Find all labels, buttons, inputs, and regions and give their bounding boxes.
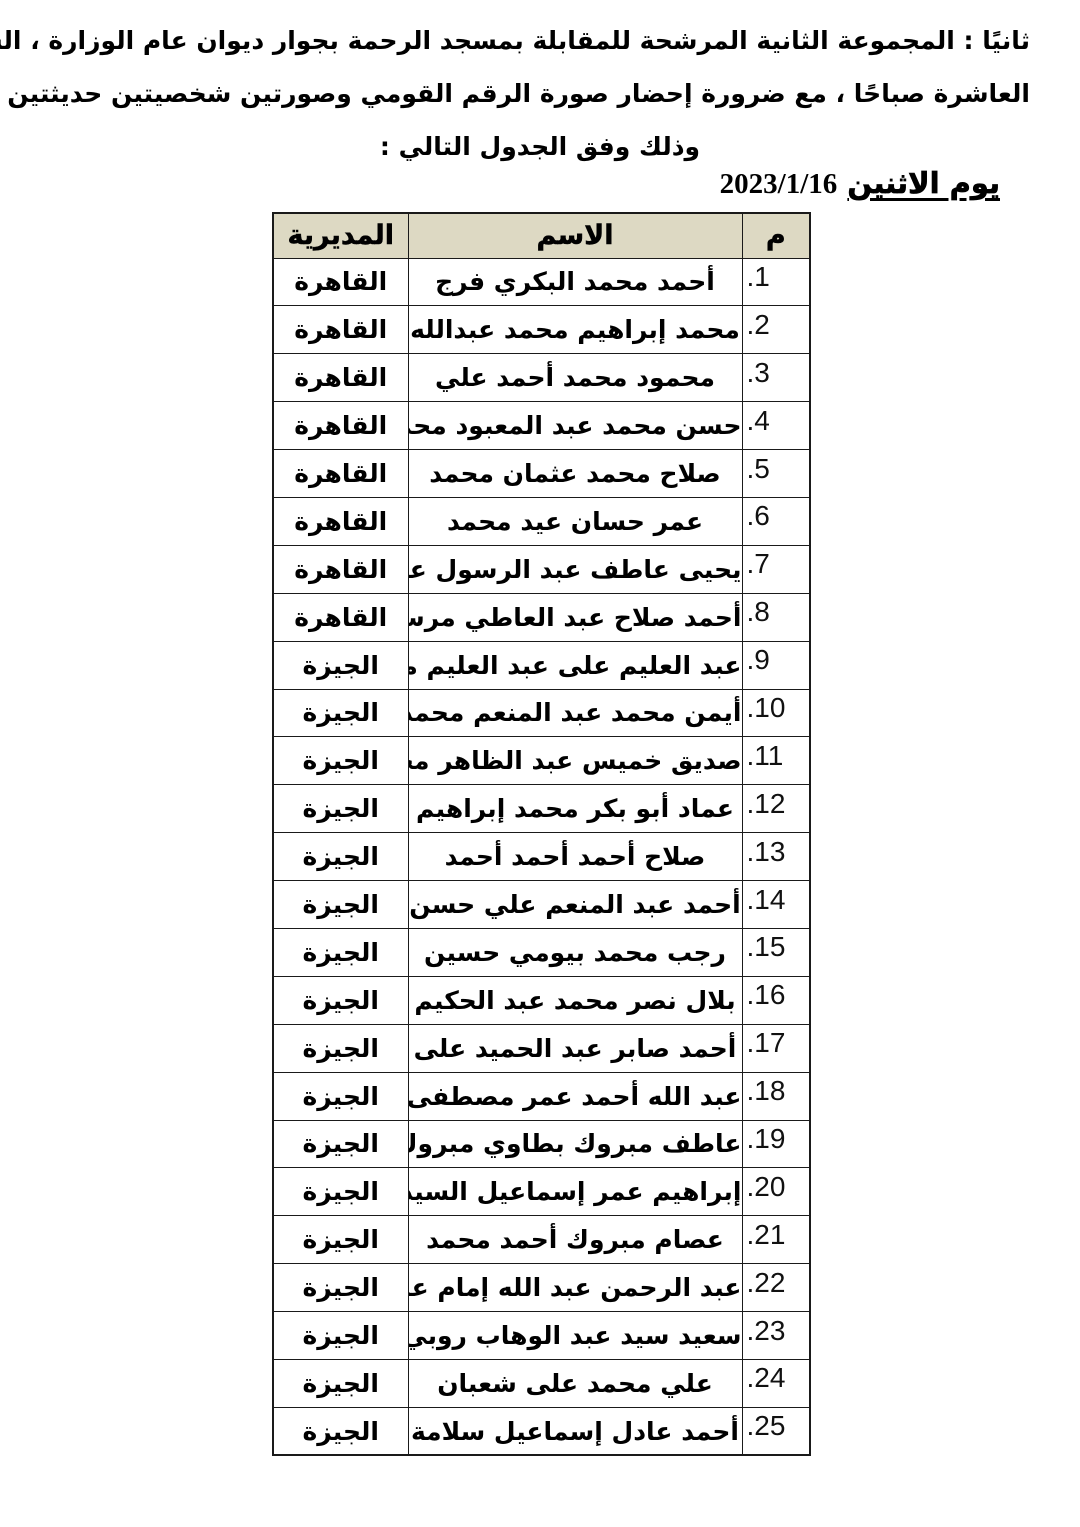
- table-row: .25 أحمد عادل إسماعيل سلامة الجيزة: [273, 1407, 810, 1455]
- table-row: .24 علي محمد على شعبان الجيزة: [273, 1359, 810, 1407]
- row-number: .4: [742, 402, 810, 450]
- table-header-row: م الاسم المديرية: [273, 213, 810, 258]
- intro-line-1: ثانيًا : المجموعة الثانية المرشحة للمقاب…: [50, 14, 1030, 67]
- row-number: .17: [742, 1024, 810, 1072]
- table-row: .16 بلال نصر محمد عبد الحكيم الجيزة: [273, 976, 810, 1024]
- table-row: .18 عبد الله أحمد عمر مصطفى الجيزة: [273, 1072, 810, 1120]
- row-number: .13: [742, 833, 810, 881]
- row-name: بلال نصر محمد عبد الحكيم: [408, 976, 742, 1024]
- row-name: عبد العليم على عبد العليم محمد: [408, 641, 742, 689]
- schedule-date-line: يوم الاثنين 2023/1/16: [80, 166, 1000, 201]
- row-name: إبراهيم عمر إسماعيل السيد: [408, 1168, 742, 1216]
- row-number: .10: [742, 689, 810, 737]
- row-directorate: الجيزة: [273, 1359, 408, 1407]
- document-page: ثانيًا : المجموعة الثانية المرشحة للمقاب…: [0, 0, 1080, 1527]
- table-row: .9 عبد العليم على عبد العليم محمد الجيزة: [273, 641, 810, 689]
- table-body: .1 أحمد محمد البكري فرج القاهرة .2 محمد …: [273, 258, 810, 1455]
- table-row: .5 صلاح محمد عثمان محمد القاهرة: [273, 450, 810, 498]
- row-number: .7: [742, 545, 810, 593]
- column-header-directorate: المديرية: [273, 213, 408, 258]
- intro-paragraph: ثانيًا : المجموعة الثانية المرشحة للمقاب…: [50, 14, 1030, 173]
- table-row: .4 حسن محمد عبد المعبود محمد القاهرة: [273, 402, 810, 450]
- row-name: رجب محمد بيومي حسين: [408, 928, 742, 976]
- row-name: عبد الرحمن عبد الله إمام عليان: [408, 1264, 742, 1312]
- row-number: .25: [742, 1407, 810, 1455]
- table-row: .22 عبد الرحمن عبد الله إمام عليان الجيز…: [273, 1264, 810, 1312]
- date-value: 2023/1/16: [720, 168, 838, 200]
- table-row: .2 محمد إبراهيم محمد عبدالله القاهرة: [273, 306, 810, 354]
- table-row: .23 سعيد سيد عبد الوهاب روبي الجيزة: [273, 1312, 810, 1360]
- row-number: .20: [742, 1168, 810, 1216]
- table-row: .21 عصام مبروك أحمد محمد الجيزة: [273, 1216, 810, 1264]
- intro-line-2: العاشرة صباحًا ، مع ضرورة إحضار صورة الر…: [50, 67, 1030, 120]
- row-directorate: الجيزة: [273, 1168, 408, 1216]
- row-directorate: الجيزة: [273, 737, 408, 785]
- row-directorate: القاهرة: [273, 593, 408, 641]
- table-row: .7 يحيى عاطف عبد الرسول على القاهرة: [273, 545, 810, 593]
- row-name: أيمن محمد عبد المنعم محمد: [408, 689, 742, 737]
- row-directorate: القاهرة: [273, 258, 408, 306]
- row-number: .14: [742, 881, 810, 929]
- row-number: .5: [742, 450, 810, 498]
- row-name: عصام مبروك أحمد محمد: [408, 1216, 742, 1264]
- row-directorate: القاهرة: [273, 450, 408, 498]
- row-directorate: الجيزة: [273, 689, 408, 737]
- row-number: .21: [742, 1216, 810, 1264]
- table-row: .17 أحمد صابر عبد الحميد على الجيزة: [273, 1024, 810, 1072]
- row-name: علي محمد على شعبان: [408, 1359, 742, 1407]
- row-number: .15: [742, 928, 810, 976]
- row-directorate: الجيزة: [273, 785, 408, 833]
- table-row: .14 أحمد عبد المنعم علي حسن الجيزة: [273, 881, 810, 929]
- column-header-name: الاسم: [408, 213, 742, 258]
- row-directorate: القاهرة: [273, 402, 408, 450]
- row-number: .23: [742, 1312, 810, 1360]
- table-row: .13 صلاح أحمد أحمد أحمد الجيزة: [273, 833, 810, 881]
- row-number: .11: [742, 737, 810, 785]
- row-directorate: الجيزة: [273, 1312, 408, 1360]
- row-number: .3: [742, 354, 810, 402]
- row-directorate: الجيزة: [273, 641, 408, 689]
- row-name: عاطف مبروك بطاوي مبروك: [408, 1120, 742, 1168]
- row-name: يحيى عاطف عبد الرسول على: [408, 545, 742, 593]
- table-row: .3 محمود محمد أحمد علي القاهرة: [273, 354, 810, 402]
- row-name: أحمد صابر عبد الحميد على: [408, 1024, 742, 1072]
- column-header-number: م: [742, 213, 810, 258]
- table-row: .19 عاطف مبروك بطاوي مبروك الجيزة: [273, 1120, 810, 1168]
- row-directorate: الجيزة: [273, 928, 408, 976]
- row-name: حسن محمد عبد المعبود محمد: [408, 402, 742, 450]
- row-directorate: القاهرة: [273, 354, 408, 402]
- row-directorate: الجيزة: [273, 833, 408, 881]
- table-row: .8 أحمد صلاح عبد العاطي مرسي القاهرة: [273, 593, 810, 641]
- row-directorate: الجيزة: [273, 881, 408, 929]
- row-directorate: الجيزة: [273, 976, 408, 1024]
- table-row: .6 عمر حسان عيد محمد القاهرة: [273, 497, 810, 545]
- row-directorate: الجيزة: [273, 1264, 408, 1312]
- row-directorate: الجيزة: [273, 1407, 408, 1455]
- table-row: .12 عماد أبو بكر محمد إبراهيم الجيزة: [273, 785, 810, 833]
- row-name: عبد الله أحمد عمر مصطفى: [408, 1072, 742, 1120]
- table-row: .20 إبراهيم عمر إسماعيل السيد الجيزة: [273, 1168, 810, 1216]
- row-name: أحمد عبد المنعم علي حسن: [408, 881, 742, 929]
- row-directorate: القاهرة: [273, 306, 408, 354]
- row-number: .19: [742, 1120, 810, 1168]
- row-number: .22: [742, 1264, 810, 1312]
- row-name: محمود محمد أحمد علي: [408, 354, 742, 402]
- row-number: .24: [742, 1359, 810, 1407]
- row-name: صلاح أحمد أحمد أحمد: [408, 833, 742, 881]
- candidates-table: م الاسم المديرية .1 أحمد محمد البكري فرج…: [272, 212, 811, 1456]
- row-number: .2: [742, 306, 810, 354]
- row-name: محمد إبراهيم محمد عبدالله: [408, 306, 742, 354]
- row-name: عمر حسان عيد محمد: [408, 497, 742, 545]
- row-directorate: القاهرة: [273, 497, 408, 545]
- day-label: يوم الاثنين: [847, 166, 1000, 200]
- row-name: أحمد محمد البكري فرج: [408, 258, 742, 306]
- row-name: صلاح محمد عثمان محمد: [408, 450, 742, 498]
- row-directorate: الجيزة: [273, 1024, 408, 1072]
- row-number: .12: [742, 785, 810, 833]
- table-row: .10 أيمن محمد عبد المنعم محمد الجيزة: [273, 689, 810, 737]
- row-number: .8: [742, 593, 810, 641]
- table-row: .15 رجب محمد بيومي حسين الجيزة: [273, 928, 810, 976]
- row-directorate: الجيزة: [273, 1120, 408, 1168]
- row-name: عماد أبو بكر محمد إبراهيم: [408, 785, 742, 833]
- row-number: .9: [742, 641, 810, 689]
- row-name: سعيد سيد عبد الوهاب روبي: [408, 1312, 742, 1360]
- row-directorate: الجيزة: [273, 1216, 408, 1264]
- row-number: .1: [742, 258, 810, 306]
- row-directorate: القاهرة: [273, 545, 408, 593]
- table-row: .1 أحمد محمد البكري فرج القاهرة: [273, 258, 810, 306]
- row-number: .18: [742, 1072, 810, 1120]
- row-name: صديق خميس عبد الظاهر محمد: [408, 737, 742, 785]
- row-number: .6: [742, 497, 810, 545]
- row-name: أحمد عادل إسماعيل سلامة: [408, 1407, 742, 1455]
- row-number: .16: [742, 976, 810, 1024]
- table-row: .11 صديق خميس عبد الظاهر محمد الجيزة: [273, 737, 810, 785]
- row-directorate: الجيزة: [273, 1072, 408, 1120]
- row-name: أحمد صلاح عبد العاطي مرسي: [408, 593, 742, 641]
